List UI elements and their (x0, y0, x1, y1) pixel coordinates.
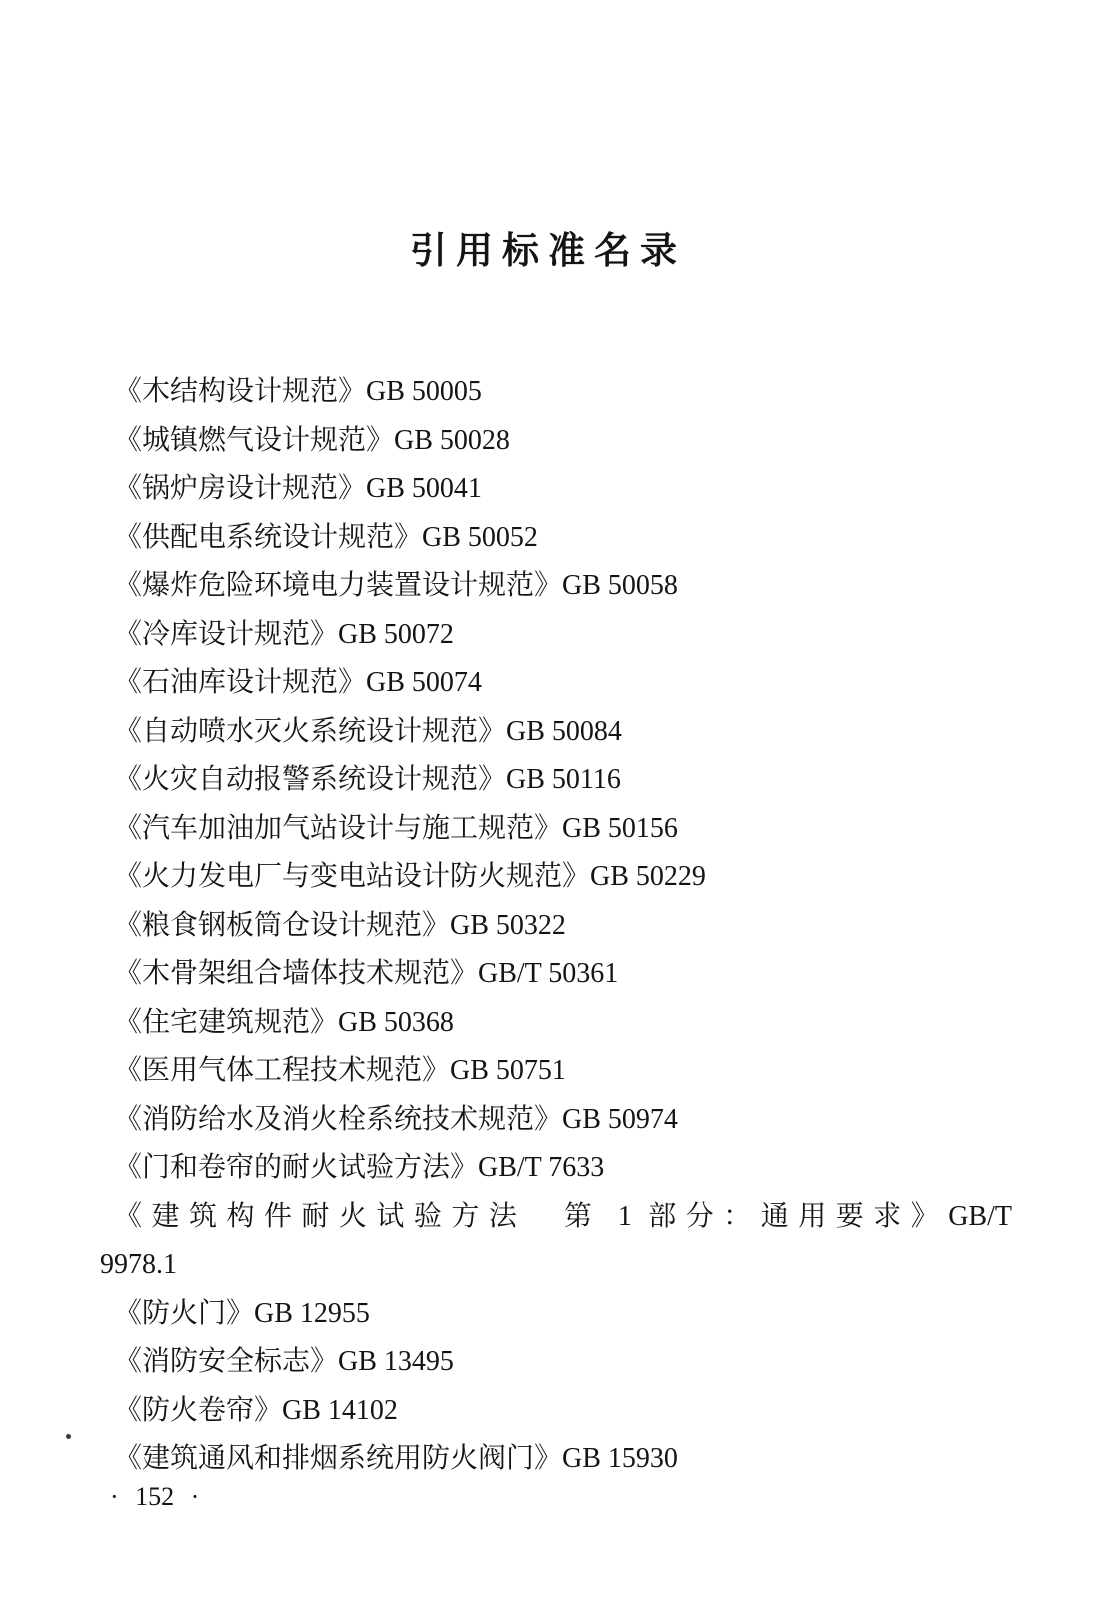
standard-entry-text: 《锅炉房设计规范》GB 50041 (100, 465, 1012, 514)
standard-entry: 《木骨架组合墙体技术规范》GB/T 50361 (100, 950, 1012, 999)
standard-entry-text: 《医用气体工程技术规范》GB 50751 (100, 1047, 1012, 1096)
page-title: 引用标准名录 (92, 220, 1004, 274)
standard-entry-continuation: 9978.1 (100, 1241, 1012, 1290)
standard-entry-text: 《消防给水及消火栓系统技术规范》GB 50974 (100, 1096, 1012, 1145)
standards-list: 《木结构设计规范》GB 50005 《城镇燃气设计规范》GB 50028 《锅炉… (100, 368, 1012, 1484)
standard-entry-text: 《爆炸危险环境电力装置设计规范》GB 50058 (100, 562, 1012, 611)
standard-entry-text: 《火力发电厂与变电站设计防火规范》GB 50229 (100, 853, 1012, 902)
standard-entry-text: 《防火门》GB 12955 (100, 1290, 1012, 1339)
standard-entry-text: 《供配电系统设计规范》GB 50052 (100, 514, 1012, 563)
scan-artifact-dot (66, 1434, 71, 1439)
standard-entry: 《城镇燃气设计规范》GB 50028 (100, 417, 1012, 466)
standard-entry: 《爆炸危险环境电力装置设计规范》GB 50058 (100, 562, 1012, 611)
standard-entry: 《石油库设计规范》GB 50074 (100, 659, 1012, 708)
page-number: · 152 · (110, 1482, 199, 1512)
standard-entry: 《自动喷水灭火系统设计规范》GB 50084 (100, 708, 1012, 757)
standard-entry-text: 《建筑构件耐火试验方法 第 1 部分：通用要求》GB/T (100, 1193, 1012, 1242)
standard-entry: 《汽车加油加气站设计与施工规范》GB 50156 (100, 805, 1012, 854)
standard-entry-text: 《自动喷水灭火系统设计规范》GB 50084 (100, 708, 1012, 757)
standard-entry: 《冷库设计规范》GB 50072 (100, 611, 1012, 660)
standard-entry: 《建筑构件耐火试验方法 第 1 部分：通用要求》GB/T 9978.1 (100, 1193, 1012, 1290)
standard-entry: 《供配电系统设计规范》GB 50052 (100, 514, 1012, 563)
standard-entry: 《火力发电厂与变电站设计防火规范》GB 50229 (100, 853, 1012, 902)
standard-entry-text: 《火灾自动报警系统设计规范》GB 50116 (100, 756, 1012, 805)
standard-entry-text: 《防火卷帘》GB 14102 (100, 1387, 1012, 1436)
standard-entry: 《门和卷帘的耐火试验方法》GB/T 7633 (100, 1144, 1012, 1193)
standard-entry-text: 《汽车加油加气站设计与施工规范》GB 50156 (100, 805, 1012, 854)
standard-entry: 《锅炉房设计规范》GB 50041 (100, 465, 1012, 514)
standard-entry: 《火灾自动报警系统设计规范》GB 50116 (100, 756, 1012, 805)
standard-entry-text: 《木结构设计规范》GB 50005 (100, 368, 1012, 417)
standard-entry-text: 《城镇燃气设计规范》GB 50028 (100, 417, 1012, 466)
standard-entry: 《消防安全标志》GB 13495 (100, 1338, 1012, 1387)
standard-entry: 《防火卷帘》GB 14102 (100, 1387, 1012, 1436)
standard-entry-text: 《住宅建筑规范》GB 50368 (100, 999, 1012, 1048)
standard-entry-text: 《木骨架组合墙体技术规范》GB/T 50361 (100, 950, 1012, 999)
standard-entry-text: 《粮食钢板筒仓设计规范》GB 50322 (100, 902, 1012, 951)
standard-entry-text: 《建筑通风和排烟系统用防火阀门》GB 15930 (100, 1435, 1012, 1484)
standard-entry: 《粮食钢板筒仓设计规范》GB 50322 (100, 902, 1012, 951)
standard-entry: 《医用气体工程技术规范》GB 50751 (100, 1047, 1012, 1096)
standard-entry-text: 《石油库设计规范》GB 50074 (100, 659, 1012, 708)
standard-entry: 《消防给水及消火栓系统技术规范》GB 50974 (100, 1096, 1012, 1145)
standard-entry-text: 《冷库设计规范》GB 50072 (100, 611, 1012, 660)
document-page: 引用标准名录 《木结构设计规范》GB 50005 《城镇燃气设计规范》GB 50… (0, 0, 1094, 1600)
standard-entry-text: 《门和卷帘的耐火试验方法》GB/T 7633 (100, 1144, 1012, 1193)
standard-entry-text: 《消防安全标志》GB 13495 (100, 1338, 1012, 1387)
standard-entry: 《木结构设计规范》GB 50005 (100, 368, 1012, 417)
standard-entry: 《住宅建筑规范》GB 50368 (100, 999, 1012, 1048)
standard-entry: 《防火门》GB 12955 (100, 1290, 1012, 1339)
standard-entry: 《建筑通风和排烟系统用防火阀门》GB 15930 (100, 1435, 1012, 1484)
